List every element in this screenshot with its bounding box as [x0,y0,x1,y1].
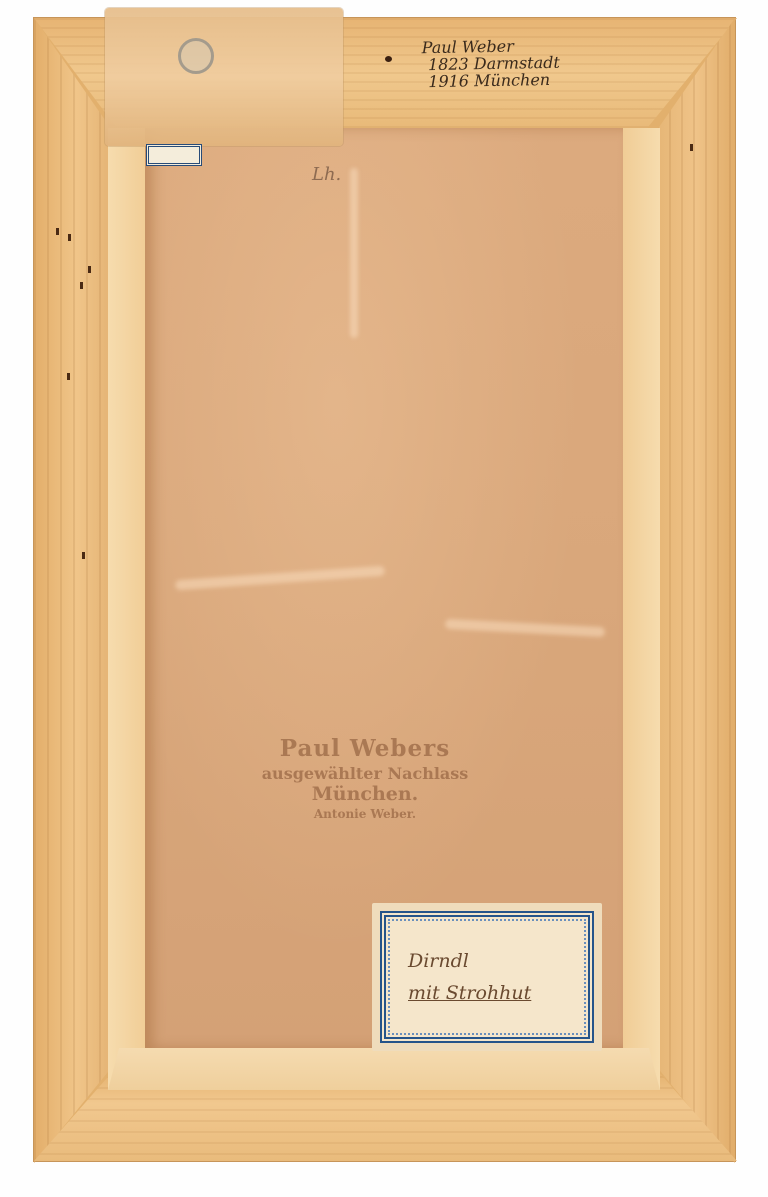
label-fragment [146,144,202,166]
frame-right-bar [657,18,735,1163]
estate-stamp-name: Paul Webers [240,735,490,762]
worm-hole [82,552,85,559]
masking-tape [105,8,343,146]
pencil-mark: Lh. [312,164,341,185]
estate-stamp-city: München. [240,783,490,805]
handwritten-inscription: Paul Weber 1823 Darmstadt 1916 München [422,37,561,90]
nail-hole [385,56,392,62]
estate-stamp-signatory: Antonie Weber. [240,807,490,821]
scuff-mark [175,566,385,591]
worm-hole [56,228,59,235]
stretcher-bottom [108,1048,660,1090]
estate-stamp: Paul Webers ausgewählter Nachlass Münche… [240,735,490,821]
scuff-mark [350,168,358,338]
title-label-border: Dirndl mit Strohhut [380,911,594,1043]
worm-hole [68,234,71,241]
title-label: Dirndl mit Strohhut [372,903,602,1051]
hanger-ring-icon [178,38,214,74]
stretcher-left [108,128,146,1090]
worm-hole [690,144,693,151]
inscription-death: 1916 München [422,71,560,90]
title-line-1: Dirndl [408,945,574,977]
worm-hole [67,373,70,380]
worm-hole [80,282,83,289]
photo-stage: Paul Weber 1823 Darmstadt 1916 München L… [0,0,768,1197]
stretcher-right [622,128,660,1090]
title-label-text: Dirndl mit Strohhut [408,945,574,1009]
estate-stamp-subtitle: ausgewählter Nachlass [240,764,490,783]
title-line-2: mit Strohhut [408,977,574,1009]
scuff-mark [445,619,605,637]
worm-hole [88,266,91,273]
frame-left-bar [34,18,112,1163]
